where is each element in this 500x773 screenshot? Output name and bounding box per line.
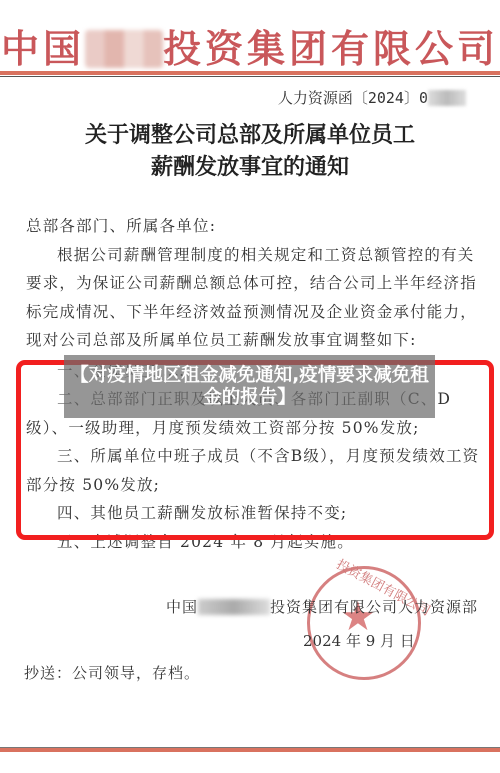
signature-org-suffix: 投资集团有限公司人力资源部 <box>270 598 478 616</box>
intro-paragraph: 根据公司薪酬管理制度的相关规定和工资总额管控的有关要求，为保证公司薪酬总额总体可… <box>26 241 486 355</box>
letterhead-red-rule <box>0 71 500 75</box>
cc-line: 抄送：公司领导，存档。 <box>24 662 200 683</box>
official-seal: 投资集团有限公司 ★ <box>307 566 421 680</box>
document-title-line-2: 薪酬发放事宜的通知 <box>0 150 500 181</box>
document-title-line-1: 关于调整公司总部及所属单位员工 <box>0 118 500 149</box>
letterhead-company-name: 中国投资集团有限公司 <box>0 18 500 73</box>
signature-organization: 中国投资集团有限公司人力资源部 <box>166 596 478 617</box>
footer-red-rule <box>0 748 500 752</box>
caption-text: 【对疫情地区租金减免通知,疫情要求减免租金的报告】 <box>64 365 435 409</box>
company-prefix: 中国 <box>1 26 85 71</box>
redacted-company-name <box>85 30 163 68</box>
company-suffix: 投资集团有限公司 <box>163 26 499 71</box>
redacted-org-name <box>198 599 270 615</box>
document-number: 人力资源函〔2024〕0 <box>278 87 466 108</box>
signature-org-prefix: 中国 <box>166 598 198 616</box>
document-number-text: 人力资源函〔2024〕0 <box>278 89 428 107</box>
letterhead-dark-rule <box>0 76 500 77</box>
signature-date: 2024 年 9 月 日 <box>303 630 415 651</box>
redacted-doc-number <box>428 90 466 106</box>
caption-overlay: 【对疫情地区租金减免通知,疫情要求减免租金的报告】 <box>64 355 435 418</box>
salutation: 总部各部门、所属各单位: <box>26 212 486 241</box>
